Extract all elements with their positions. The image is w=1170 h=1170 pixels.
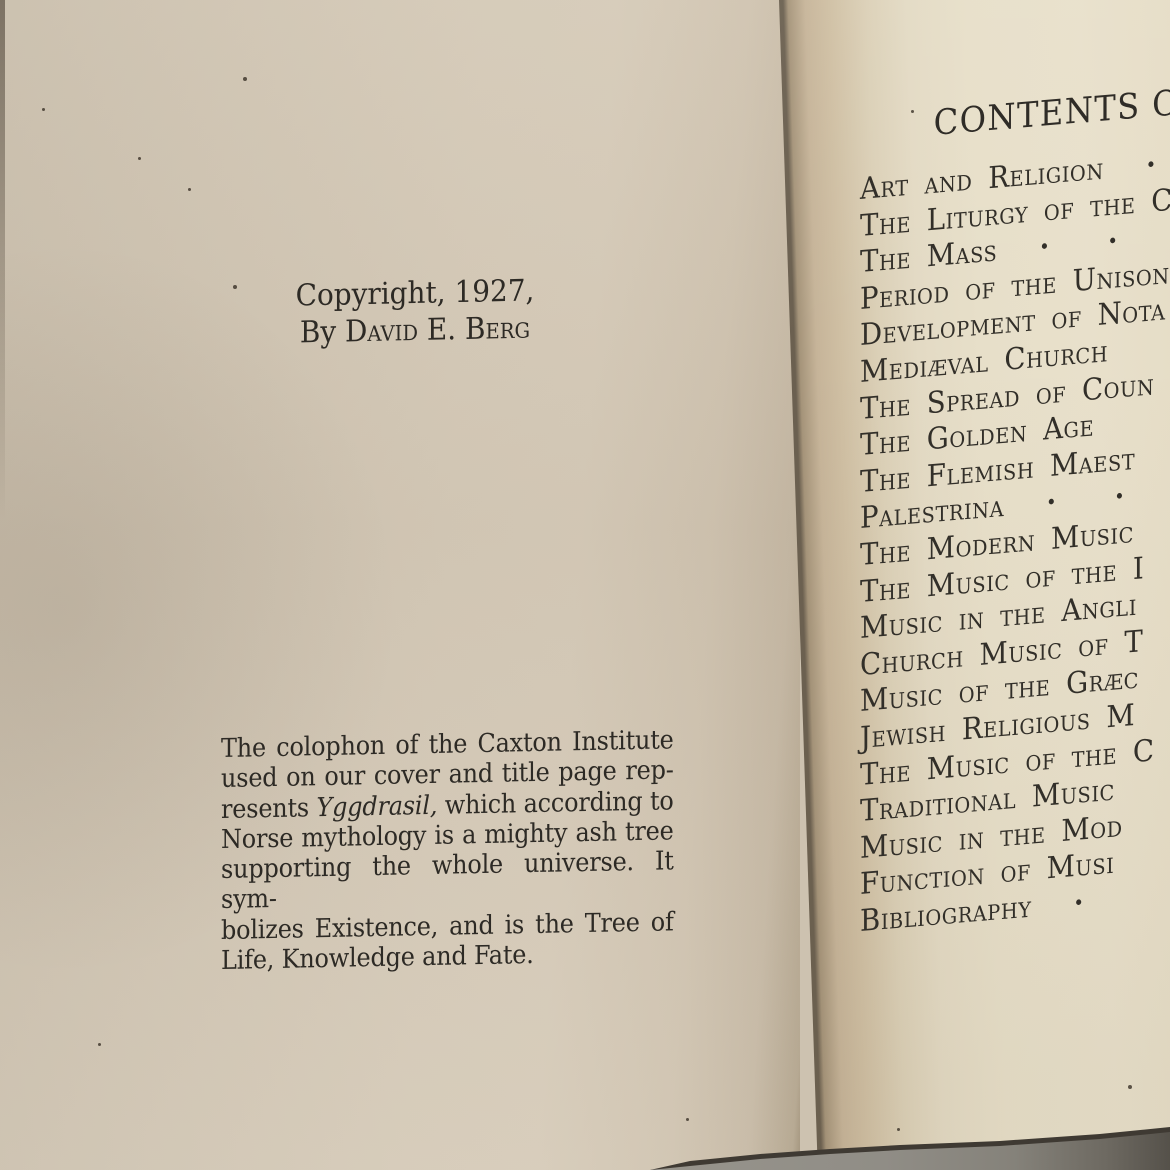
paper-speck xyxy=(243,77,247,81)
paper-speck xyxy=(138,157,141,160)
left-page xyxy=(0,0,800,1170)
leader-dots: · xyxy=(1074,885,1084,921)
author-name: David E. Berg xyxy=(345,310,530,349)
book-photo: Copyright, 1927, By David E. Berg The co… xyxy=(0,0,1170,1170)
photo-edge-shadow xyxy=(0,0,5,520)
paper-speck xyxy=(233,285,237,289)
copyright-byline: By David E. Berg xyxy=(260,309,571,352)
leader-dots: · · xyxy=(1046,479,1124,521)
contents-list: Art and Religion·The Liturgy of the CThe… xyxy=(860,138,1170,940)
paper-speck xyxy=(42,108,45,111)
paper-speck xyxy=(188,188,191,191)
byline-prefix: By xyxy=(300,314,345,350)
paper-speck xyxy=(98,1043,101,1046)
table-of-contents: CONTENTS OF Art and Religion·The Liturgy… xyxy=(860,76,1170,940)
paper-speck xyxy=(686,1118,689,1121)
paper-speck xyxy=(897,1128,900,1131)
paper-speck xyxy=(1128,1085,1132,1089)
colophon-line: supporting the whole universe. It sym- xyxy=(221,846,674,915)
paper-speck xyxy=(911,110,914,113)
leader-dots: · · xyxy=(1040,224,1118,266)
leader-dots: · xyxy=(1146,147,1156,183)
copyright-block: Copyright, 1927, By David E. Berg xyxy=(260,273,571,353)
colophon-paragraph: The colophon of the Caxton Instituteused… xyxy=(221,725,674,976)
